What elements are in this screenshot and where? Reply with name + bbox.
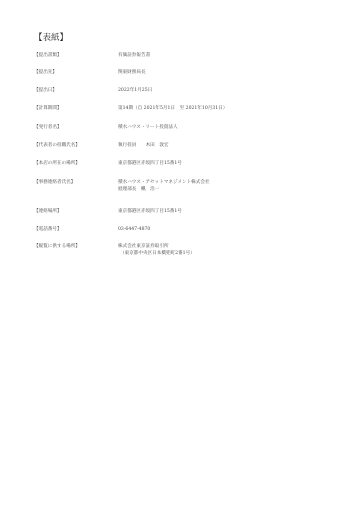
- field-value: 有価証券報告書: [118, 52, 150, 59]
- field-label: 【事務連絡者氏名】: [34, 179, 75, 186]
- field-value: 積水ハウス・アセットマネジメント株式会社 経理部長 楓 浩一: [118, 179, 210, 193]
- field-label: 【代表者の役職氏名】: [34, 142, 80, 149]
- field-value: 執行役員 木田 敦宏: [118, 142, 169, 149]
- field-label: 【本店の所在の場所】: [34, 160, 80, 167]
- page-title: 【表紙】: [34, 31, 68, 43]
- field-value: 関東財務局長: [118, 69, 146, 76]
- field-label: 【発行者名】: [34, 124, 62, 131]
- field-value: 2022年1月25日: [118, 87, 152, 94]
- field-value: 積水ハウス・リート投資法人: [118, 124, 178, 131]
- field-label: 【計算期間】: [34, 105, 62, 112]
- field-label: 【提出先】: [34, 69, 57, 76]
- field-label: 【提出日】: [34, 87, 57, 94]
- field-value: 東京都港区赤坂四丁目15番1号: [118, 160, 182, 167]
- field-value: 03-6447-4870: [118, 226, 150, 233]
- field-label: 【電話番号】: [34, 226, 62, 233]
- field-label: 【縦覧に供する場所】: [34, 243, 80, 250]
- field-value: 株式会社東京証券取引所 （東京都中央区日本橋兜町2番1号）: [118, 243, 195, 257]
- field-value: 第14期（自 2021年5月1日 至 2021年10月31日）: [118, 105, 227, 112]
- field-label: 【提出書類】: [34, 52, 62, 59]
- field-label: 【連絡場所】: [34, 208, 62, 215]
- field-value: 東京都港区赤坂四丁目15番1号: [118, 208, 182, 215]
